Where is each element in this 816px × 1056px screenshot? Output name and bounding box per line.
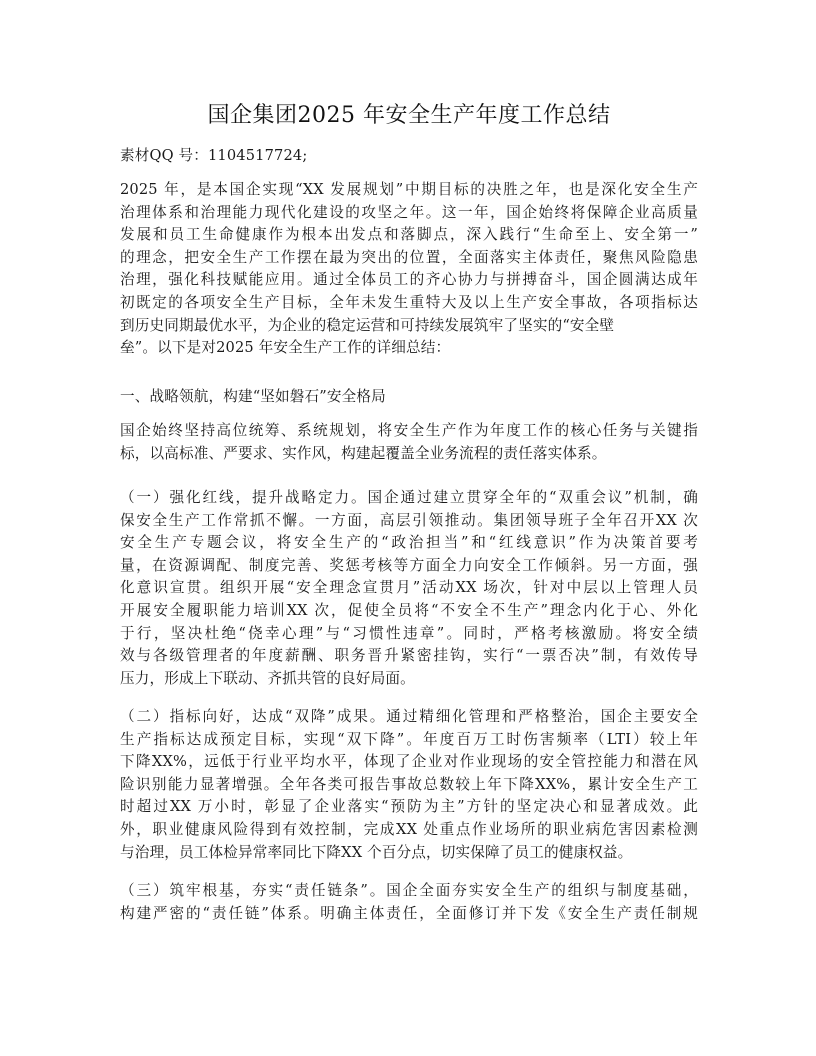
- text-line: 国企始终坚持高位统筹、系统规划，将安全生产作为年度工作的核心任务与关键指: [120, 420, 698, 443]
- section-1-heading: 一、战略领航，构建“坚如磐石”安全格局: [120, 386, 698, 409]
- text-line: 发展和员工生命健康作为根本出发点和落脚点，深入践行“生命至上、安全第一”: [120, 224, 698, 247]
- text-line: 开展安全履职能力培训XX 次，促使全员将“不安全不生产”理念内化于心、外化: [120, 600, 698, 623]
- text-line: 保安全生产工作常抓不懈。一方面，高层引领推动。集团领导班子全年召开XX 次: [120, 510, 698, 533]
- text-line: （二）指标向好，达成“双降”成果。通过精细化管理和严格整治，国企主要安全: [120, 706, 698, 729]
- text-line: 垒”。以下是对2025 年安全生产工作的详细总结：: [120, 337, 698, 360]
- text-line: 化意识宣贯。组织开展“安全理念宣贯月”活动XX 场次，针对中层以上管理人员: [120, 577, 698, 600]
- text-line: 险识别能力显著增强。全年各类可报告事故总数较上年下降XX%，累计安全生产工: [120, 774, 698, 797]
- section-heading: 一、战略领航，构建“坚如磐石”安全格局: [120, 386, 698, 409]
- text-line: 治理体系和治理能力现代化建设的攻坚之年。这一年，国企始终将保障企业高质量: [120, 202, 698, 225]
- text-line: 外，职业健康风险得到有效控制，完成XX 处重点作业场所的职业病危害因素检测: [120, 819, 698, 842]
- section-1-intro: 国企始终坚持高位统筹、系统规划，将安全生产作为年度工作的核心任务与关键指 标，以…: [120, 420, 698, 465]
- text-line: 下降XX%，远低于行业平均水平，体现了企业对作业现场的安全管控能力和潜在风: [120, 751, 698, 774]
- contact-line: 素材QQ 号：1104517724;: [120, 145, 698, 168]
- text-line: 到历史同期最优水平，为企业的稳定运营和可持续发展筑牢了坚实的“安全壁: [120, 315, 698, 338]
- text-line: 量，在资源调配、制度完善、奖惩考核等方面全力向安全工作倾斜。另一方面，强: [120, 555, 698, 578]
- text-line: 于行，坚决杜绝“侥幸心理”与“习惯性违章”。同时，严格考核激励。将安全绩: [120, 623, 698, 646]
- document-title: 国企集团2025 年安全生产年度工作总结: [120, 98, 698, 129]
- text-line: 与治理，员工体检异常率同比下降XX 个百分点，切实保障了员工的健康权益。: [120, 842, 698, 865]
- subsection-2: （二）指标向好，达成“双降”成果。通过精细化管理和严格整治，国企主要安全 生产指…: [120, 706, 698, 864]
- contact-text: 素材QQ 号：1104517724;: [120, 145, 698, 168]
- text-line: （一）强化红线，提升战略定力。国企通过建立贯穿全年的“双重会议”机制，确: [120, 487, 698, 510]
- text-line: 2025 年，是本国企实现“XX 发展规划”中期目标的决胜之年，也是深化安全生产: [120, 179, 698, 202]
- intro-paragraph: 2025 年，是本国企实现“XX 发展规划”中期目标的决胜之年，也是深化安全生产…: [120, 179, 698, 360]
- text-line: 效与各级管理者的年度薪酬、职务晋升紧密挂钩，实行“一票否决”制，有效传导: [120, 645, 698, 668]
- subsection-1: （一）强化红线，提升战略定力。国企通过建立贯穿全年的“双重会议”机制，确 保安全…: [120, 487, 698, 690]
- text-line: 标，以高标准、严要求、实作风，构建起覆盖全业务流程的责任落实体系。: [120, 443, 698, 466]
- text-line: 安全生产专题会议，将安全生产的“政治担当”和“红线意识”作为决策首要考: [120, 532, 698, 555]
- text-line: 时超过XX 万小时，彰显了企业落实“预防为主”方针的坚定决心和显著成效。此: [120, 796, 698, 819]
- text-line: 的理念，把安全生产工作摆在最为突出的位置，全面落实主体责任，聚焦风险隐患: [120, 247, 698, 270]
- subsection-3: （三）筑牢根基，夯实“责任链条”。国企全面夯实安全生产的组织与制度基础， 构建严…: [120, 880, 698, 925]
- text-line: 生产指标达成预定目标，实现“双下降”。年度百万工时伤害频率（LTI）较上年: [120, 729, 698, 752]
- text-line: 初既定的各项安全生产目标，全年未发生重特大及以上生产安全事故，各项指标达: [120, 292, 698, 315]
- text-line: （三）筑牢根基，夯实“责任链条”。国企全面夯实安全生产的组织与制度基础，: [120, 880, 698, 903]
- text-line: 构建严密的“责任链”体系。明确主体责任，全面修订并下发《安全生产责任制规: [120, 903, 698, 926]
- text-line: 治理，强化科技赋能应用。通过全体员工的齐心协力与拼搏奋斗，国企圆满达成年: [120, 269, 698, 292]
- text-line: 压力，形成上下联动、齐抓共管的良好局面。: [120, 668, 698, 691]
